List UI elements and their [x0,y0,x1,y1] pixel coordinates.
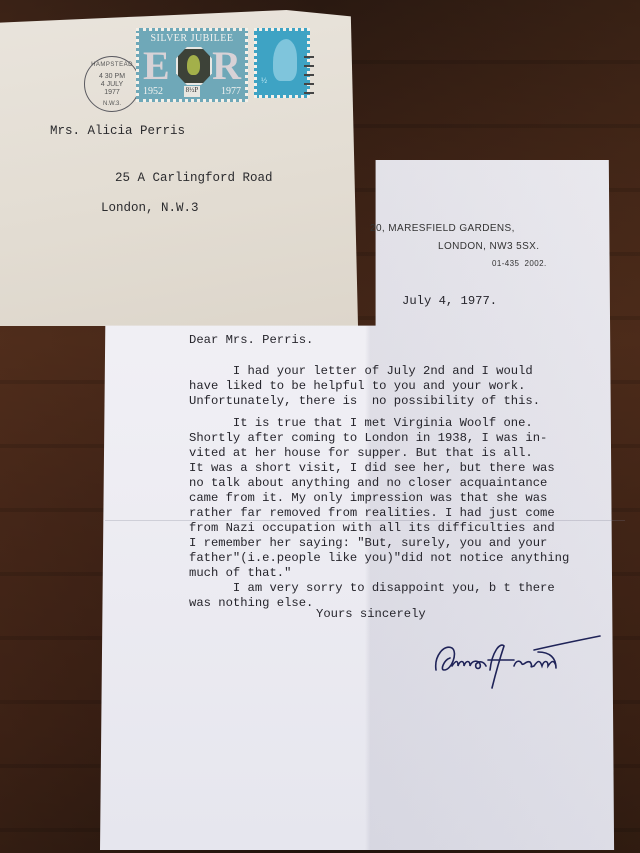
postmark: HAMPSTEAD 4 30 PM 4 JULY 1977 N.W.3. [84,56,140,112]
body-line: It was a short visit, I did see her, but… [189,461,555,476]
body-line: Shortly after coming to London in 1938, … [189,431,547,446]
body-line: father"(i.e.people like you)"did not not… [189,551,569,566]
stamp-value: 8½P [184,86,201,97]
body-line: Unfortunately, there is no possibility o… [189,394,540,409]
body-line: from Nazi occupation with all its diffic… [189,521,555,536]
cancellation-lines [304,56,316,101]
postmark-datetime: 4 30 PM 4 JULY 1977 [85,73,139,97]
body-line: much of that." [189,566,291,581]
letterhead-phone: 01-435 2002. [492,259,547,268]
letterhead-address-2: LONDON, NW3 5SX. [438,241,539,252]
body-line: I remember her saying: "But, surely, you… [189,536,547,551]
postmark-district: N.W.3. [85,100,139,108]
machin-stamp: ½ [254,28,310,98]
signature-anna-freud [430,630,610,692]
queen-profile-icon [273,39,297,81]
body-line: I am very sorry to disappoint you, b t t… [189,581,555,596]
body-line: was nothing else. [189,596,313,611]
body-line: have liked to be helpful to you and your… [189,379,525,394]
body-line: I had your letter of July 2nd and I woul… [189,364,533,379]
recipient-name: Mrs. Alicia Perris [50,124,185,138]
stamp-value: ½ [261,76,267,85]
queen-portrait-icon [176,47,212,85]
postmark-town: HAMPSTEAD [85,61,139,69]
closing: Yours sincerely [316,607,426,622]
body-line: no talk about anything and no closer acq… [189,476,547,491]
body-line: came from it. My only impression was tha… [189,491,547,506]
stamp-years: 1952 8½P 1977 [143,86,241,97]
recipient-street: 25 A Carlingford Road [115,171,273,185]
stamp-letter-e: E [143,45,170,87]
salutation: Dear Mrs. Perris. [189,333,313,348]
letterhead-address-1: 20, MARESFIELD GARDENS, [370,223,515,234]
body-line: vited at her house for supper. But that … [189,446,533,461]
body-line: It is true that I met Virginia Woolf one… [189,416,533,431]
letter-date: July 4, 1977. [402,294,497,309]
body-line: rather far removed from realities. I had… [189,506,555,521]
silver-jubilee-stamp: SILVER JUBILEE E R 1952 8½P 1977 [136,28,248,102]
recipient-city: London, N.W.3 [101,201,199,215]
stamp-letter-r: R [212,45,241,87]
